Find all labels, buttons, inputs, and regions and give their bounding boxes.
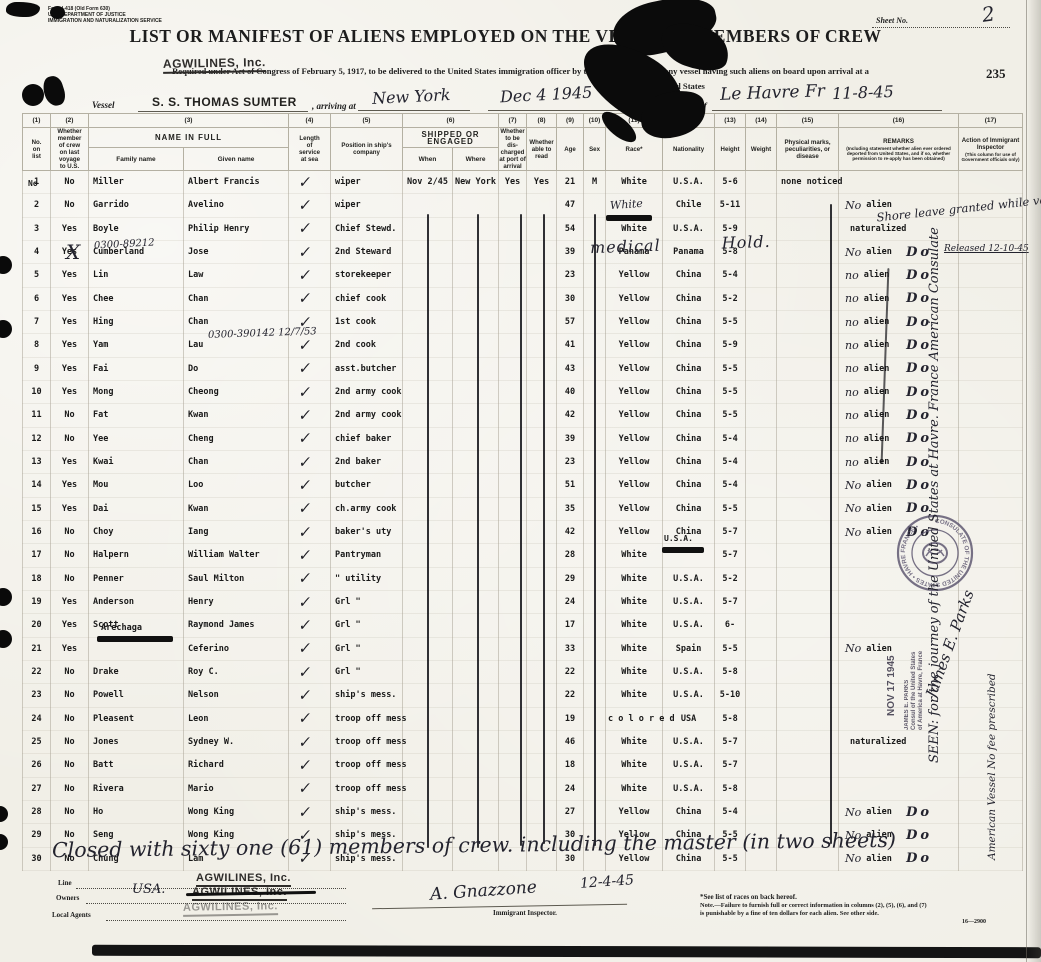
col-num-13: (13)	[715, 114, 746, 128]
cell-race: Yellow	[606, 404, 663, 427]
checkmark-icon: ✓	[298, 802, 313, 821]
cell-discharge	[499, 357, 527, 380]
cell-given: Chan	[184, 450, 289, 473]
cell-discharge	[499, 264, 527, 287]
cell-where	[453, 474, 499, 497]
cell-nationality: China	[663, 357, 715, 380]
cell-read	[527, 450, 557, 473]
cell-read	[527, 660, 557, 683]
cell-no: 23	[23, 684, 51, 707]
crew-row-19: 19YesAndersonHenry✓Grl "24WhiteU.S.A.5-7	[23, 590, 1023, 613]
cell-age: 24	[557, 590, 584, 613]
cell-family: Fai	[89, 357, 184, 380]
crew-row-12: 12NoYeeCheng✓chief baker39YellowChina5-4…	[23, 427, 1023, 450]
cell-position: Grl "	[331, 614, 403, 637]
col-header-7: Whether to be dis- charged at port of ar…	[499, 128, 527, 171]
remark-text: alien	[864, 457, 890, 467]
cell-no: 24	[23, 707, 51, 730]
cell-age: 35	[557, 497, 584, 520]
col-num-15: (15)	[777, 114, 839, 128]
cell-height: 6-	[715, 614, 746, 637]
cell-given: Philip Henry	[184, 217, 289, 240]
cell-height: 5-2	[715, 287, 746, 310]
cell-age: 40	[557, 380, 584, 403]
cell-member: No	[51, 800, 89, 823]
checkmark-icon: ✓	[298, 499, 313, 518]
cell-service-check: ✓	[289, 730, 331, 753]
cell-discharge	[499, 287, 527, 310]
checkmark-icon: ✓	[298, 522, 313, 541]
cell-no: 28	[23, 800, 51, 823]
cell-where	[453, 754, 499, 777]
remark-no-handwritten: no	[845, 269, 859, 282]
checkmark-icon: ✓	[298, 732, 313, 751]
cell-given: Richard	[184, 754, 289, 777]
ditto-do-mark: Do	[906, 805, 932, 820]
cell-remarks	[839, 777, 959, 800]
cell-discharge	[499, 544, 527, 567]
cell-member: No	[51, 684, 89, 707]
cell-action	[959, 264, 1023, 287]
row17-nationality-strike	[662, 547, 704, 553]
checkmark-icon: ✓	[298, 289, 313, 308]
cell-race: Yellow	[606, 264, 663, 287]
cell-race: White	[606, 684, 663, 707]
cell-read	[527, 497, 557, 520]
cell-service-check: ✓	[289, 590, 331, 613]
checkmark-icon: ✓	[298, 265, 313, 284]
vessel-label: Vessel	[92, 100, 115, 110]
cell-race: Yellow	[606, 357, 663, 380]
ditto-line-discharge	[520, 214, 522, 846]
cell-read	[527, 754, 557, 777]
cell-discharge	[499, 240, 527, 263]
crew-row-10: 10YesMongCheong✓2nd army cook40YellowChi…	[23, 380, 1023, 403]
checkmark-icon: ✓	[298, 685, 313, 704]
cell-member: Yes	[51, 614, 89, 637]
cell-family: Mong	[89, 380, 184, 403]
cell-nationality: U.S.A.	[663, 614, 715, 637]
cell-family: Yee	[89, 427, 184, 450]
cell-discharge	[499, 310, 527, 333]
crew-row-13: 13YesKwaiChan✓2nd baker23YellowChina5-4n…	[23, 450, 1023, 473]
cell-family: Fat	[89, 404, 184, 427]
cell-read	[527, 380, 557, 403]
cell-nationality: U.S.A.	[663, 590, 715, 613]
cell-member: Yes	[51, 310, 89, 333]
cell-weight	[746, 520, 777, 543]
cell-given: Cheong	[184, 380, 289, 403]
cell-position: troop off mess	[331, 730, 403, 753]
remark-text: alien	[864, 434, 890, 444]
cell-read	[527, 310, 557, 333]
owners-value-handwritten: USA.	[132, 882, 165, 897]
cell-where	[453, 334, 499, 357]
cell-discharge	[499, 707, 527, 730]
crew-row-1: 1NoMillerAlbert Francis✓wiperNov 2/45New…	[23, 171, 1023, 194]
cell-member: Yes	[51, 380, 89, 403]
cell-where	[453, 707, 499, 730]
cell-member: No	[51, 777, 89, 800]
crew-row-9: 9YesFaiDo✓asst.butcher43YellowChina5-5no…	[23, 357, 1023, 380]
remark-no-handwritten: No	[845, 526, 861, 539]
cell-position: Grl "	[331, 637, 403, 660]
cell-where	[453, 684, 499, 707]
cell-given: Ceferino	[184, 637, 289, 660]
col-num-16: (16)	[839, 114, 959, 128]
cell-weight	[746, 590, 777, 613]
cell-where	[453, 777, 499, 800]
col1-no-label: No	[28, 179, 38, 188]
col-header-1: No. on list	[23, 128, 51, 171]
crew-row-2: 2NoGarridoAvelino✓wiper47Chile5-11Noalie…	[23, 194, 1023, 217]
cell-member: No	[51, 404, 89, 427]
cell-height: 5-5	[715, 357, 746, 380]
cell-weight	[746, 287, 777, 310]
cell-race: Yellow	[606, 520, 663, 543]
crew-row-6: 6YesCheeChan✓chief cook30YellowChina5-2n…	[23, 287, 1023, 310]
cell-where	[453, 240, 499, 263]
cell-age: 33	[557, 637, 584, 660]
cell-weight	[746, 544, 777, 567]
cell-race: White	[606, 637, 663, 660]
cell-service-check: ✓	[289, 684, 331, 707]
cell-read	[527, 474, 557, 497]
cell-read	[527, 684, 557, 707]
cell-given: Leon	[184, 707, 289, 730]
hole-punch	[0, 256, 12, 274]
remark-no-handwritten: no	[845, 292, 859, 305]
cell-weight	[746, 497, 777, 520]
cell-position: Pantryman	[331, 544, 403, 567]
cell-nationality: China	[663, 310, 715, 333]
inspector-label: Immigrant Inspector.	[493, 909, 557, 917]
cell-service-check: ✓	[289, 427, 331, 450]
cell-member: Yes	[51, 264, 89, 287]
cell-remarks: NoalienDo	[839, 800, 959, 823]
cell-read	[527, 777, 557, 800]
arriving-label: , arriving at	[312, 101, 356, 111]
cell-family: Boyle	[89, 217, 184, 240]
cell-race: Yellow	[606, 427, 663, 450]
cell-race: White	[606, 730, 663, 753]
col-header-8: Whether able to read	[527, 128, 557, 171]
cell-service-check: ✓	[289, 754, 331, 777]
remark-no-handwritten: No	[845, 199, 861, 212]
cell-age: 22	[557, 660, 584, 683]
cell-member: Yes	[51, 334, 89, 357]
cell-member: Yes	[51, 590, 89, 613]
cell-where	[453, 544, 499, 567]
checkmark-icon: ✓	[298, 475, 313, 494]
col-header-16: REMARKS(Including statement whether alie…	[839, 128, 959, 171]
cell-age: 23	[557, 264, 584, 287]
row21-family-strike	[97, 636, 173, 642]
cell-position: 2nd army cook	[331, 380, 403, 403]
cell-no: 14	[23, 474, 51, 497]
cell-height: 5-4	[715, 450, 746, 473]
cell-given: Nelson	[184, 684, 289, 707]
crew-row-24: 24NoPleasentLeon✓troop off mess19c o l o…	[23, 707, 1023, 730]
cell-where	[453, 427, 499, 450]
col-num-5: (5)	[331, 114, 403, 128]
cell-discharge	[499, 730, 527, 753]
col-header-15: Physical marks, peculiarities, or diseas…	[777, 128, 839, 171]
col-num-3: (3)	[89, 114, 289, 128]
cell-weight	[746, 427, 777, 450]
cell-age: 42	[557, 404, 584, 427]
row4-x-mark: X	[66, 240, 80, 264]
cell-given: Kwan	[184, 497, 289, 520]
cell-nationality: U.S.A.	[663, 684, 715, 707]
cell-nationality: China	[663, 427, 715, 450]
crew-row-14: 14YesMouLoo✓butcher51YellowChina5-4Noali…	[23, 474, 1023, 497]
cell-member: Yes	[51, 497, 89, 520]
cell-age: 22	[557, 684, 584, 707]
ditto-line-marks	[830, 204, 832, 844]
remark-text: naturalized	[850, 224, 906, 234]
cell-where	[453, 800, 499, 823]
col-note-17: (This column for use of Government offic…	[961, 152, 1020, 162]
cell-race: White	[606, 660, 663, 683]
cell-position: 1st cook	[331, 310, 403, 333]
cell-given: Chan	[184, 287, 289, 310]
cell-position: troop off mess	[331, 707, 403, 730]
crew-row-16: 16NoChoyIang✓baker's uty42YellowChina5-7…	[23, 520, 1023, 543]
cell-weight	[746, 450, 777, 473]
cell-nationality: Spain	[663, 637, 715, 660]
cell-family: Mou	[89, 474, 184, 497]
cell-family: Miller	[89, 171, 184, 194]
cell-service-check: ✓	[289, 614, 331, 637]
cell-age: 47	[557, 194, 584, 217]
remark-no-handwritten: No	[845, 246, 861, 259]
remark-no-handwritten: no	[845, 362, 859, 375]
cell-position: 2nd baker	[331, 450, 403, 473]
cell-no: 9	[23, 357, 51, 380]
cell-nationality: China	[663, 287, 715, 310]
cell-given: Jose	[184, 240, 289, 263]
cell-read	[527, 217, 557, 240]
cell-age: 18	[557, 754, 584, 777]
cell-position: 2nd army cook	[331, 404, 403, 427]
cell-read: Yes	[527, 171, 557, 194]
cell-race: White	[606, 614, 663, 637]
cell-weight	[746, 357, 777, 380]
cell-race: White	[606, 590, 663, 613]
remark-text: alien	[866, 527, 892, 537]
cell-position: ch.army cook	[331, 497, 403, 520]
cell-height: 5-5	[715, 497, 746, 520]
cell-action	[959, 380, 1023, 403]
cell-position: Grl "	[331, 590, 403, 613]
cell-age: 39	[557, 240, 584, 263]
cell-action	[959, 474, 1023, 497]
cell-race: Yellow	[606, 380, 663, 403]
cell-family: Dai	[89, 497, 184, 520]
remark-no-handwritten: No	[845, 479, 861, 492]
cell-member: No	[51, 171, 89, 194]
cell-nationality: U.S.A.	[663, 754, 715, 777]
cell-family: Drake	[89, 660, 184, 683]
checkmark-icon: ✓	[298, 195, 313, 214]
cell-weight	[746, 660, 777, 683]
page-number: 235	[986, 66, 1006, 82]
inspection-date: 12-4-45	[580, 872, 635, 892]
cell-family: Powell	[89, 684, 184, 707]
crew-row-5: 5YesLinLaw✓storekeeper23YellowChina5-4no…	[23, 264, 1023, 287]
cell-nationality: Chile	[663, 194, 715, 217]
checkmark-icon: ✓	[298, 405, 313, 424]
cell-age: 57	[557, 310, 584, 333]
cell-position: troop off mess	[331, 754, 403, 777]
cell-position: " utility	[331, 567, 403, 590]
ditto-line-sex	[594, 214, 596, 846]
cell-no: 13	[23, 450, 51, 473]
cell-height: 5-7	[715, 590, 746, 613]
remark-no-handwritten: No	[845, 502, 861, 515]
cell-nationality: China	[663, 380, 715, 403]
cell-family: Batt	[89, 754, 184, 777]
cell-marks: none noticed	[777, 171, 839, 194]
agents-company-stamp: AGWILINES, Inc.	[183, 900, 278, 917]
cell-read	[527, 730, 557, 753]
cell-position: ship's mess.	[331, 684, 403, 707]
cell-member: Yes	[51, 474, 89, 497]
remark-text: alien	[866, 807, 892, 817]
origin-line	[712, 97, 942, 111]
cell-read	[527, 264, 557, 287]
cell-weight	[746, 380, 777, 403]
cell-discharge	[499, 217, 527, 240]
cell-member: No	[51, 194, 89, 217]
corner-mark	[6, 2, 40, 17]
checkmark-icon: ✓	[298, 615, 313, 634]
cell-position: chief baker	[331, 427, 403, 450]
cell-race: c o l o r e d	[606, 707, 663, 730]
cell-where	[453, 497, 499, 520]
cell-position: Grl "	[331, 660, 403, 683]
cell-given: Sydney W.	[184, 730, 289, 753]
cell-given: Iang	[184, 520, 289, 543]
cell-action	[959, 310, 1023, 333]
cell-position: butcher	[331, 474, 403, 497]
cell-height: 5-5	[715, 310, 746, 333]
cell-member: Yes	[51, 357, 89, 380]
checkmark-icon: ✓	[298, 219, 313, 238]
cell-read	[527, 194, 557, 217]
cell-given: William Walter	[184, 544, 289, 567]
crew-row-26: 26NoBattRichard✓troop off mess18WhiteU.S…	[23, 754, 1023, 777]
footnote-races: *See list of races on back hereof.	[700, 893, 797, 901]
remark-text: alien	[864, 410, 890, 420]
cell-discharge	[499, 614, 527, 637]
cell-action	[959, 171, 1023, 194]
cell-member: No	[51, 707, 89, 730]
col-header-3: NAME IN FULL	[89, 128, 289, 148]
ditto-do-mark: Do	[906, 828, 932, 843]
cell-where	[453, 567, 499, 590]
cell-no: 26	[23, 754, 51, 777]
cell-weight	[746, 754, 777, 777]
cell-age: 51	[557, 474, 584, 497]
cell-no: 5	[23, 264, 51, 287]
col-num-6: (6)	[403, 114, 499, 128]
print-code: 16—2900	[962, 919, 986, 925]
cell-family: Kwai	[89, 450, 184, 473]
cell-service-check: ✓	[289, 800, 331, 823]
col-header-10: Sex	[584, 128, 606, 171]
cell-given: Saul Milton	[184, 567, 289, 590]
cell-position: 2nd cook	[331, 334, 403, 357]
cell-race: White	[606, 567, 663, 590]
cell-given: Kwan	[184, 404, 289, 427]
checkmark-icon: ✓	[298, 242, 313, 261]
cell-nationality: China	[663, 800, 715, 823]
col-num-2: (2)	[51, 114, 89, 128]
form-id-block: Form I-418 (Old Form 630) U. S. DEPARTME…	[48, 6, 228, 24]
cell-service-check: ✓	[289, 707, 331, 730]
remark-text: alien	[866, 247, 892, 257]
cell-age: 54	[557, 217, 584, 240]
cell-height: 5-4	[715, 800, 746, 823]
cell-no: 29	[23, 824, 51, 847]
cell-read	[527, 240, 557, 263]
cell-read	[527, 334, 557, 357]
cell-sex: M	[584, 171, 606, 194]
cell-family: Garrido	[89, 194, 184, 217]
cell-service-check: ✓	[289, 194, 331, 217]
vessel-name-line	[138, 98, 308, 112]
cell-no: 2	[23, 194, 51, 217]
cell-given: Law	[184, 264, 289, 287]
col-subheader-3-2: Given name	[184, 148, 289, 171]
ditto-do-mark: Do	[906, 851, 932, 866]
cell-remarks	[839, 171, 959, 194]
cell-service-check: ✓	[289, 567, 331, 590]
row4-released-note: Released 12-10-45	[944, 244, 1029, 254]
cell-service-check: ✓	[289, 660, 331, 683]
cell-discharge	[499, 660, 527, 683]
cell-height: 5-6	[715, 171, 746, 194]
cell-position: ship's mess.	[331, 800, 403, 823]
crew-row-11: 11NoFatKwan✓2nd army cook42YellowChina5-…	[23, 404, 1023, 427]
cell-weight	[746, 637, 777, 660]
col-header-2: Whether member of crew on last voyage to…	[51, 128, 89, 171]
cell-given: Albert Francis	[184, 171, 289, 194]
cell-family: Pleasent	[89, 707, 184, 730]
cell-member: No	[51, 730, 89, 753]
cell-action	[959, 357, 1023, 380]
cell-member: Yes	[51, 637, 89, 660]
cell-age: 41	[557, 334, 584, 357]
checkmark-icon: ✓	[298, 429, 313, 448]
cell-member: No	[51, 544, 89, 567]
cell-weight	[746, 777, 777, 800]
hole-punch	[22, 84, 44, 106]
bottom-scan-bar	[92, 945, 1041, 958]
cell-member: Yes	[51, 287, 89, 310]
cell-service-check: ✓	[289, 217, 331, 240]
cell-nationality: China	[663, 334, 715, 357]
checkmark-icon: ✓	[298, 452, 313, 471]
cell-no: 30	[23, 847, 51, 870]
cell-race: Yellow	[606, 334, 663, 357]
cell-age: 29	[557, 567, 584, 590]
cell-given: Wong King	[184, 800, 289, 823]
cell-family: Ho	[89, 800, 184, 823]
cell-where	[453, 287, 499, 310]
